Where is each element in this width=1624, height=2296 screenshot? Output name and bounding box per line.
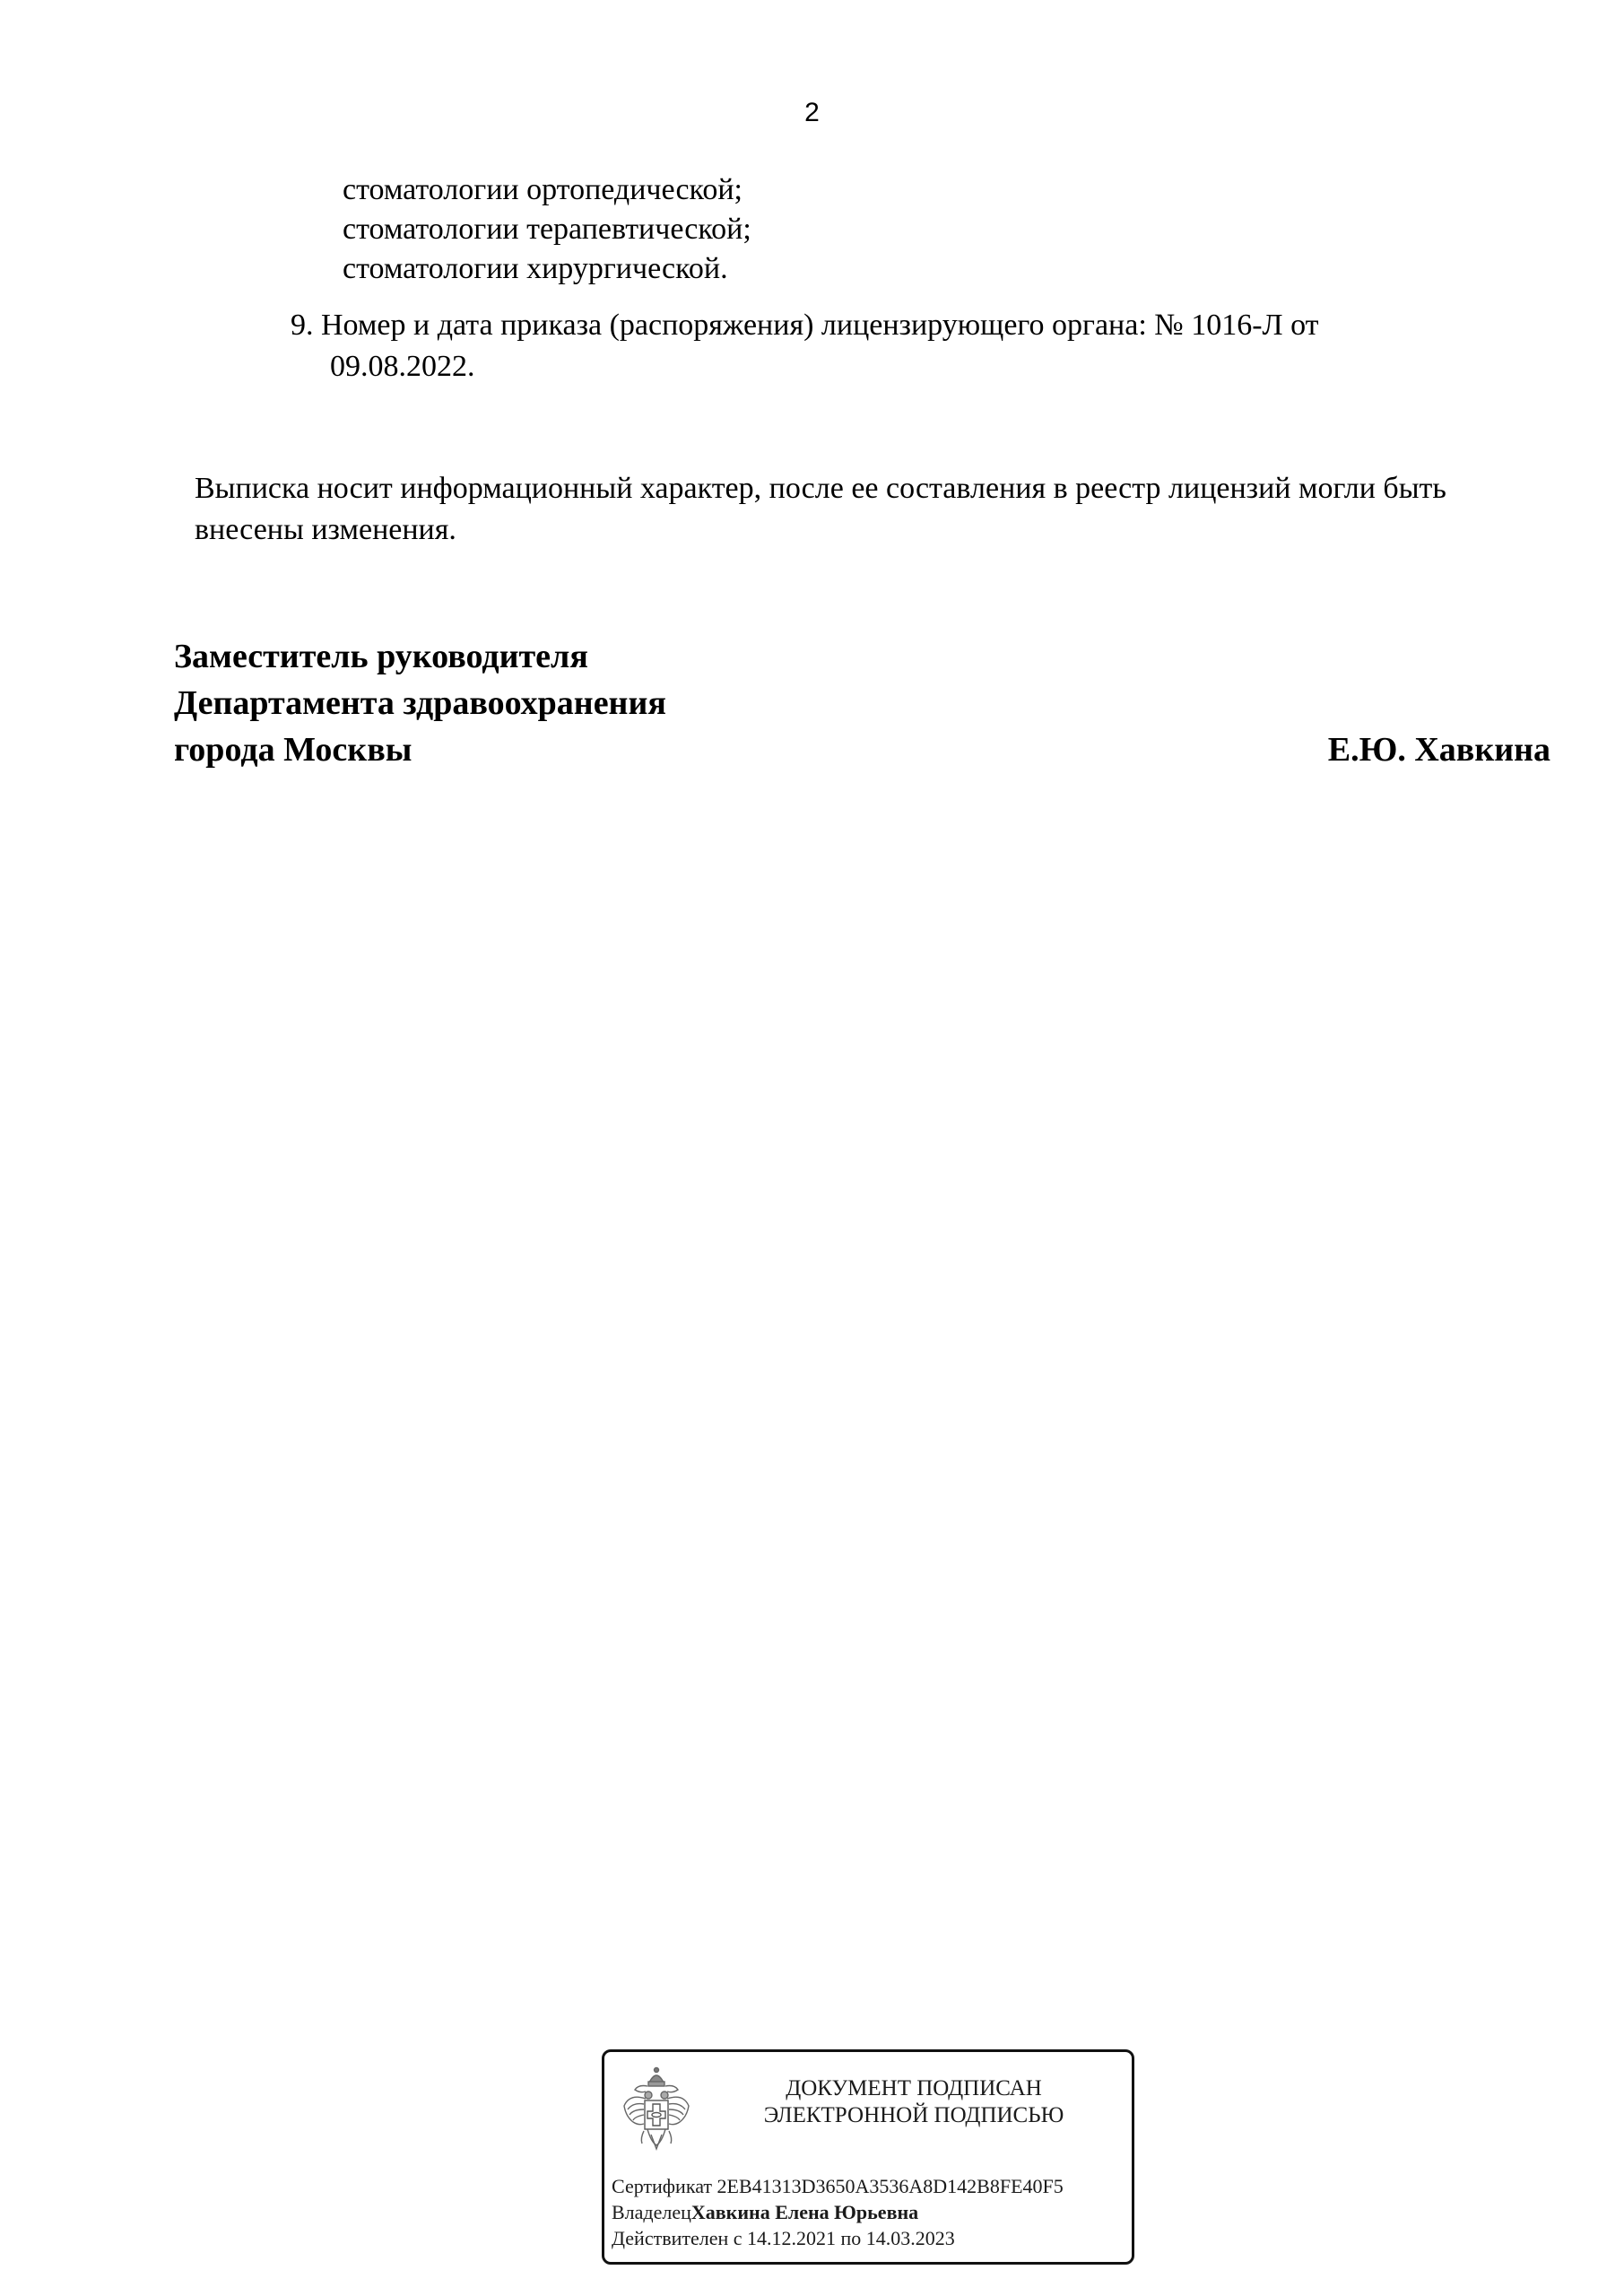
signer-position: Заместитель руководителя: [174, 633, 588, 680]
stamp-details: Сертификат 2EB41313D3650A3536A8D142B8FE4…: [612, 2173, 1064, 2251]
owner-label: Владелец: [612, 2201, 691, 2223]
order-date: 09.08.2022.: [291, 346, 1456, 387]
signer-position: города Москвы: [174, 726, 412, 773]
list-item: стоматологии хирургической.: [343, 249, 751, 289]
item-number: 9.: [291, 309, 314, 342]
signer-name: Е.Ю. Хавкина: [1328, 726, 1550, 773]
signature-block: Заместитель руководителя Департамента зд…: [174, 633, 1550, 773]
coat-of-arms-icon: [621, 2063, 692, 2160]
order-number-item: 9. Номер и дата приказа (распоряжения) л…: [291, 305, 1456, 387]
owner-name: Хавкина Елена Юрьевна: [691, 2201, 918, 2223]
license-services-list: стоматологии ортопедической; стоматологи…: [343, 170, 751, 289]
page-number: 2: [0, 97, 1624, 129]
signer-position: Департамента здравоохранения: [174, 680, 666, 726]
owner-line: ВладелецХавкина Елена Юрьевна: [612, 2199, 1064, 2225]
electronic-signature-stamp: ДОКУМЕНТ ПОДПИСАН ЭЛЕКТРОННОЙ ПОДПИСЬЮ С…: [602, 2049, 1134, 2265]
list-item: стоматологии терапевтической;: [343, 210, 751, 249]
list-item: стоматологии ортопедической;: [343, 170, 751, 210]
certificate-line: Сертификат 2EB41313D3650A3536A8D142B8FE4…: [612, 2173, 1064, 2199]
certificate-number: 2EB41313D3650A3536A8D142B8FE40F5: [717, 2175, 1064, 2197]
item-text: Номер и дата приказа (распоряжения) лице…: [321, 309, 1319, 342]
stamp-title: ДОКУМЕНТ ПОДПИСАН ЭЛЕКТРОННОЙ ПОДПИСЬЮ: [703, 2075, 1125, 2129]
disclaimer-line: Выписка носит информационный характер, п…: [195, 468, 1558, 509]
certificate-label: Сертификат: [612, 2175, 712, 2197]
disclaimer-paragraph: Выписка носит информационный характер, п…: [195, 468, 1558, 551]
disclaimer-line: внесены изменения.: [195, 509, 1558, 551]
validity-line: Действителен с 14.12.2021 по 14.03.2023: [612, 2225, 1064, 2251]
